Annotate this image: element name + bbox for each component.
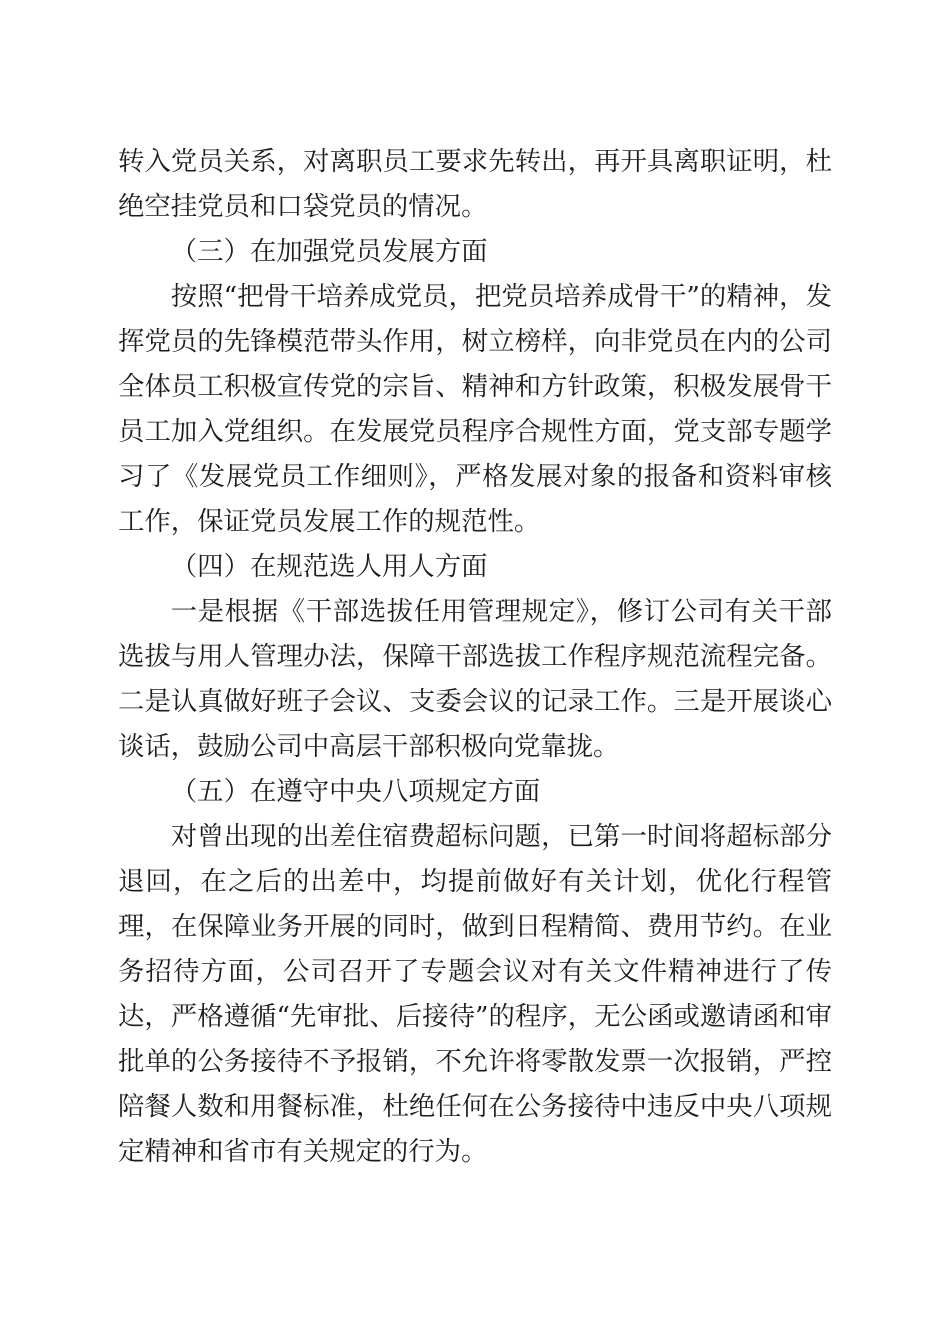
section-heading-3: （三）在加强党员发展方面 xyxy=(118,229,832,274)
section-heading-4: （四）在规范选人用人方面 xyxy=(118,544,832,589)
paragraph: 转入党员关系，对离职员工要求先转出，再开具离职证明，杜绝空挂党员和口袋党员的情况… xyxy=(118,139,832,229)
paragraph: 一是根据《干部选拔任用管理规定》，修订公司有关干部选拔与用人管理办法，保障干部选… xyxy=(118,589,832,769)
document-body: 转入党员关系，对离职员工要求先转出，再开具离职证明，杜绝空挂党员和口袋党员的情况… xyxy=(118,139,832,1174)
section-heading-5: （五）在遵守中央八项规定方面 xyxy=(118,769,832,814)
paragraph: 按照“把骨干培养成党员，把党员培养成骨干”的精神，发挥党员的先锋模范带头作用，树… xyxy=(118,274,832,544)
paragraph: 对曾出现的出差住宿费超标问题，已第一时间将超标部分退回，在之后的出差中，均提前做… xyxy=(118,814,832,1174)
document-page: 转入党员关系，对离职员工要求先转出，再开具离职证明，杜绝空挂党员和口袋党员的情况… xyxy=(0,0,950,1344)
